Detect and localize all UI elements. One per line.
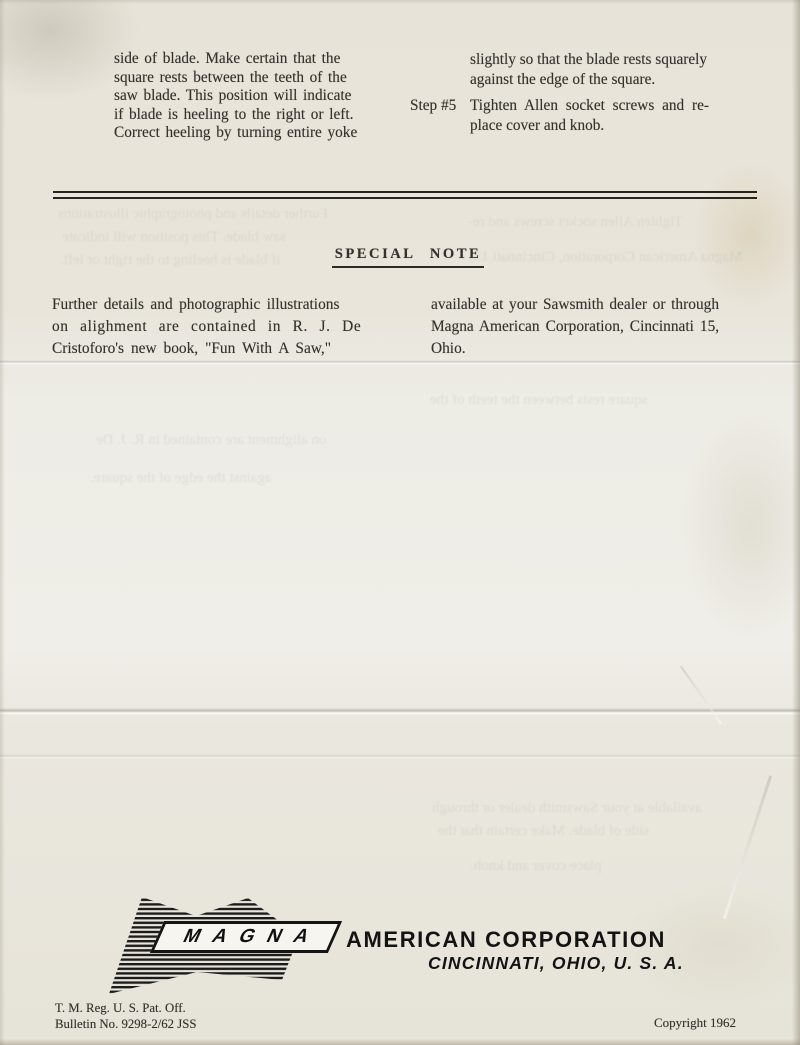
page-edge-shadow [0,0,800,4]
magna-brand-text: MAGNA [166,926,326,948]
paper-fold-crease [0,360,800,365]
company-name: AMERICAN CORPORATION [346,927,666,953]
bulletin-number: Bulletin No. 9298-2/62 JSS [55,1017,197,1033]
paper-fold-crease [0,754,800,759]
text-line: Cristoforo's new book, "Fun With A Saw," [52,338,361,360]
bleed-through-text: square rests between the teeth of the [430,392,647,409]
text-line: Correct heeling by turning entire yoke [114,124,357,143]
paper-fold-crease [680,666,722,724]
page-edge-shadow [792,0,800,1045]
instructions-right-column: slightly so that the blade rests squarel… [470,50,707,89]
text-line: square rests between the teeth of the [114,69,357,88]
bleed-through-text: Further details and photographic illustr… [58,206,328,223]
text-line: Magna American Corporation, Cincinnati 1… [431,316,719,338]
bleed-through-text: place cover and knob. [470,858,602,875]
horizontal-rule [53,197,757,199]
paper-fold-crease [0,708,800,715]
paper-stain [680,410,800,640]
paper-fold-crease [723,775,772,918]
step-5-item: Step #5 Tighten Allen socket screws and … [410,96,709,135]
magna-logo-box: MAGNA [150,921,342,953]
special-note-title: SPECIAL NOTE [332,246,484,268]
text-line: available at your Sawsmith dealer or thr… [431,294,719,316]
page-edge-shadow [0,0,5,1045]
trademark-line: T. M. Reg. U. S. Pat. Off. [55,1001,197,1017]
text-line: side of blade. Make certain that the [114,50,357,69]
copyright-notice: Copyright 1962 [654,1015,736,1031]
text-line: saw blade. This position will indicate [114,87,357,106]
bleed-through-text: against the edge of the square. [90,470,272,487]
special-note-heading: SPECIAL NOTE [0,245,800,268]
text-line: place cover and knob. [470,116,709,136]
special-note-right-column: available at your Sawsmith dealer or thr… [431,294,719,360]
text-line: Further details and photographic illustr… [52,294,361,316]
step-5-label: Step #5 [410,96,470,135]
instructions-left-column: side of blade. Make certain that the squ… [114,50,357,143]
bleed-through-text: available at your Sawsmith dealer or thr… [432,800,702,817]
special-note-left-column: Further details and photographic illustr… [52,294,361,360]
text-line: on alighment are contained in R. J. De [52,316,361,338]
trademark-bulletin-block: T. M. Reg. U. S. Pat. Off. Bulletin No. … [55,1001,197,1033]
page-edge-shadow [0,1039,800,1045]
text-line: Ohio. [431,338,719,360]
bleed-through-text: on alighment are contained in R. J. De [96,432,326,449]
text-line: against the edge of the square. [470,70,707,90]
scanned-document-page: Further details and photographic illustr… [0,0,800,1045]
horizontal-rule [53,191,757,193]
bleed-through-text: saw blade. This position will indicate [62,229,286,246]
bleed-through-text: side of blade. Make certain that the [438,823,649,840]
company-location: CINCINNATI, OHIO, U. S. A. [428,953,684,974]
step-5-text: Tighten Allen socket screws and re- plac… [470,96,709,135]
text-line: Tighten Allen socket screws and re- [470,96,709,116]
paper-stain [690,160,800,310]
bleed-through-text: Tighten Allen socket screws and re- [468,214,683,231]
text-line: if blade is heeling to the right or left… [114,106,357,125]
text-line: slightly so that the blade rests squarel… [470,50,707,70]
